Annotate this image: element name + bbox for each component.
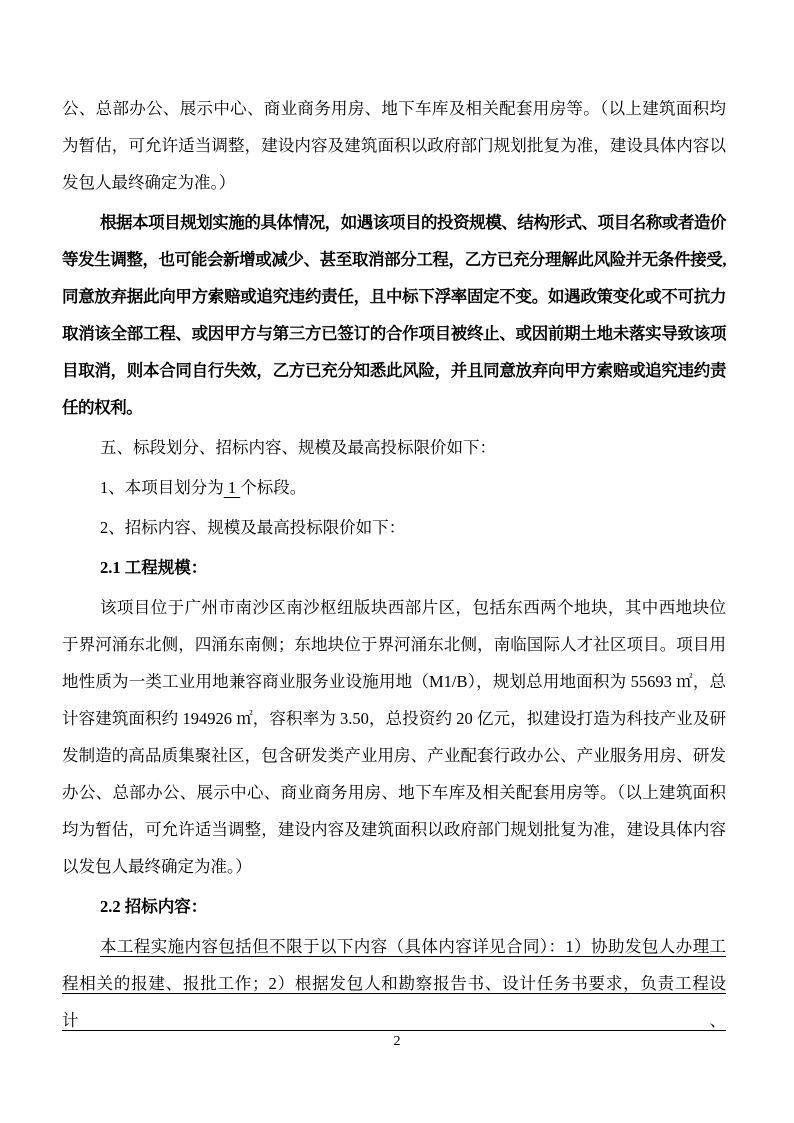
section-5-heading: 五、标段划分、招标内容、规模及最高投标限价如下： <box>62 429 726 466</box>
page-number: 2 <box>0 1032 794 1052</box>
lot-count-underlined-value: 1 <box>224 478 241 497</box>
paragraph-tender-content: 本工程实施内容包括但不限于以下内容（具体内容详见合同）：1）协助发包人办理工程相… <box>62 928 726 1039</box>
paragraph-project-scale: 该项目位于广州市南沙区南沙枢纽版块西部片区，包括东西两个地块，其中西地块位于界河… <box>62 589 726 885</box>
paragraph-risk-clause: 根据本项目规划实施的具体情况，如遇该项目的投资规模、结构形式、项目名称或者造价等… <box>62 204 726 426</box>
lot-division-suffix: 个标段。 <box>240 478 306 497</box>
heading-2-2-tender-content: 2.2 招标内容： <box>62 888 726 925</box>
heading-2-1-project-scale: 2.1 工程规模： <box>62 549 726 586</box>
list-item-tender-scope: 2、招标内容、规模及最高投标限价如下： <box>62 509 726 546</box>
list-item-lot-division: 1、本项目划分为 1 个标段。 <box>62 469 726 506</box>
paragraph-building-area-continuation: 公、总部办公、展示中心、商业商务用房、地下车库及相关配套用房等。（以上建筑面积均… <box>62 90 726 201</box>
document-page: 公、总部办公、展示中心、商业商务用房、地下车库及相关配套用房等。（以上建筑面积均… <box>0 0 794 1123</box>
lot-division-prefix: 1、本项目划分为 <box>100 478 224 497</box>
